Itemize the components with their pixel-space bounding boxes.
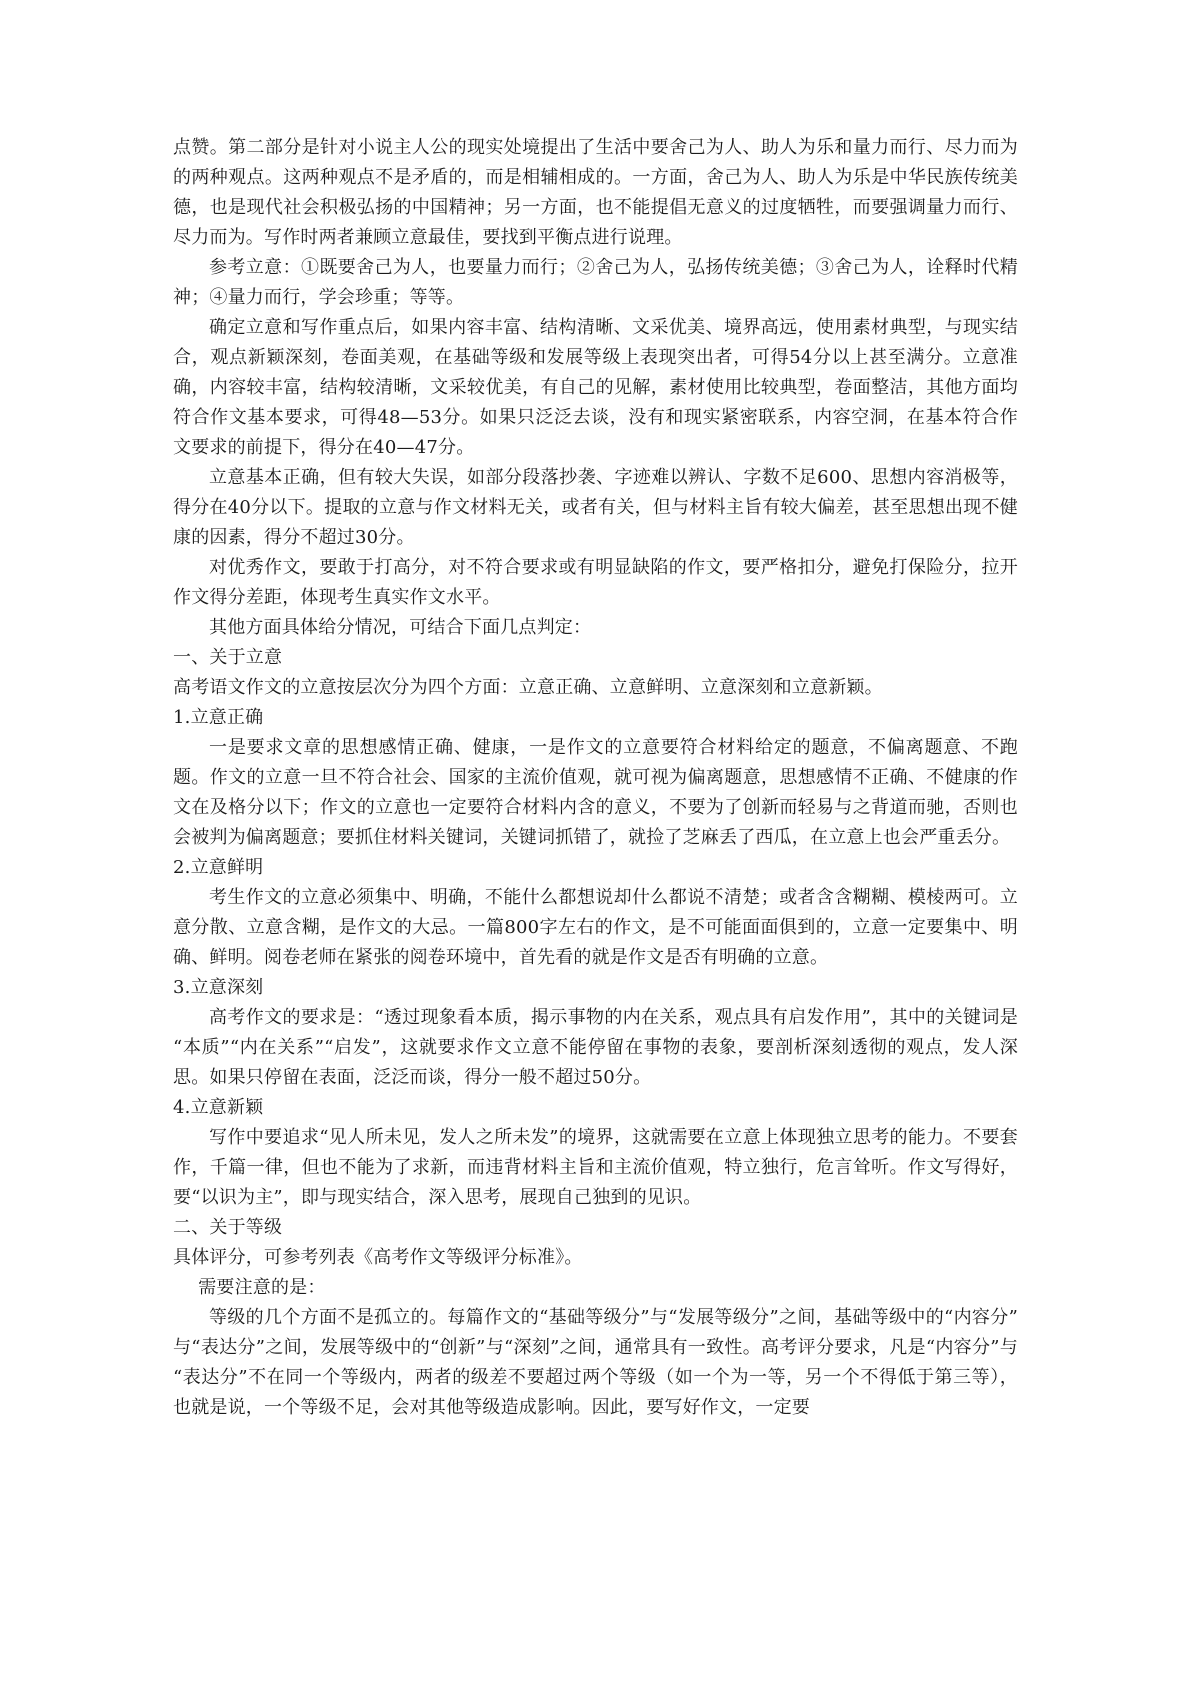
paragraph-item-1-body: 一是要求文章的思想感情正确、健康，一是作文的立意要符合材料给定的题意，不偏离题意… [173,733,1018,853]
paragraph-section-2-intro: 具体评分，可参考列表《高考作文等级评分标准》。 [173,1243,1018,1273]
heading-item-2: 2.立意鲜明 [173,853,1018,883]
heading-item-3: 3.立意深刻 [173,973,1018,1003]
paragraph-scoring-bands-low: 立意基本正确，但有较大失误，如部分段落抄袭、字迹难以辨认、字数不足600、思想内… [173,463,1018,553]
paragraph-note-body: 等级的几个方面不是孤立的。每篇作文的“基础等级分”与“发展等级分”之间，基础等级… [173,1303,1018,1423]
heading-item-1: 1.立意正确 [173,703,1018,733]
paragraph-scoring-bands-high: 确定立意和写作重点后，如果内容丰富、结构清晰、文采优美、境界高远，使用素材典型，… [173,313,1018,463]
paragraph-item-2-body: 考生作文的立意必须集中、明确，不能什么都想说却什么都说不清楚；或者含含糊糊、模棱… [173,883,1018,973]
paragraph-other-aspects-lead: 其他方面具体给分情况，可结合下面几点判定： [173,613,1018,643]
heading-item-4: 4.立意新颖 [173,1093,1018,1123]
heading-section-1: 一、关于立意 [173,643,1018,673]
paragraph-intro-continuation: 点赞。第二部分是针对小说主人公的现实处境提出了生活中要舍己为人、助人为乐和量力而… [173,133,1018,253]
paragraph-scoring-attitude: 对优秀作文，要敢于打高分，对不符合要求或有明显缺陷的作文，要严格扣分，避免打保险… [173,553,1018,613]
heading-section-2: 二、关于等级 [173,1213,1018,1243]
document-page: 点赞。第二部分是针对小说主人公的现实处境提出了生活中要舍己为人、助人为乐和量力而… [0,0,1200,1698]
paragraph-item-4-body: 写作中要追求“见人所未见，发人之所未发”的境界，这就需要在立意上体现独立思考的能… [173,1123,1018,1213]
paragraph-reference-ideas: 参考立意：①既要舍己为人，也要量力而行；②舍己为人，弘扬传统美德；③舍己为人，诠… [173,253,1018,313]
paragraph-section-1-intro: 高考语文作文的立意按层次分为四个方面：立意正确、立意鲜明、立意深刻和立意新颖。 [173,673,1018,703]
document-text-block: 点赞。第二部分是针对小说主人公的现实处境提出了生活中要舍己为人、助人为乐和量力而… [173,133,1018,1423]
paragraph-note-lead: 需要注意的是： [173,1273,1018,1303]
paragraph-item-3-body: 高考作文的要求是：“透过现象看本质，揭示事物的内在关系，观点具有启发作用”，其中… [173,1003,1018,1093]
